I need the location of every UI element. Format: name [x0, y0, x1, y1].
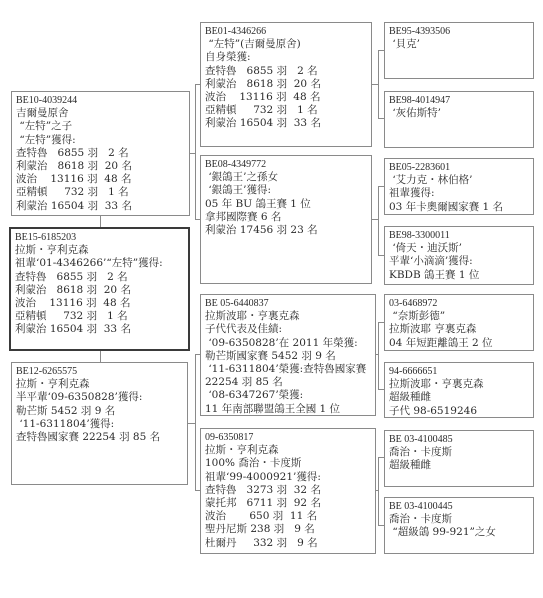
- pedigree-box-sire-dam: BE08-4349772 ‘銀鴿王’之孫女 ‘銀鴿王’獲得: 05 年 BU 鴿…: [200, 155, 372, 284]
- info-line: 喬治・卡度斯: [389, 446, 529, 459]
- pedigree-box-dam: BE12-6265575 拉斯・亨利克森 半平輩‘09-6350828’獲得: …: [11, 362, 188, 485]
- ring-number: BE10-4039244: [16, 94, 185, 107]
- result-line: 查特魯 6855 羽 2 名: [15, 271, 184, 284]
- info-line: 平輩‘小滴滴’獲得:: [389, 255, 529, 268]
- result-line: 拿邦國際賽 6 名: [205, 211, 367, 224]
- info-line: 拉斯・亨利克森: [16, 378, 183, 391]
- info-line: ‘11-6311804’榮獲:查特魯國家賽: [205, 363, 371, 376]
- result-line: 亞精頓 732 羽 1 名: [15, 310, 184, 323]
- info-line: 超級種雌: [389, 459, 529, 472]
- pedigree-box-ggp-3: BE05-2283601 ‘艾力克・林伯格’ 祖輩獲得: 03 年卡奧爾國家賽 …: [384, 158, 534, 215]
- result-line: 22254 羽 85 名: [205, 376, 371, 389]
- ring-number: BE98-4014947: [389, 94, 529, 107]
- connector-dam-out: [187, 423, 195, 424]
- connector-dd-branch: [378, 457, 379, 526]
- result-line: 蒙托邦 6711 羽 92 名: [205, 497, 371, 510]
- info-line: ‘艾力克・林伯格’: [389, 174, 529, 187]
- info-line: ‘08-6347267’榮獲:: [205, 389, 371, 402]
- result-line: 波治 13116 羽 48 名: [205, 91, 367, 104]
- result-line: 勒芒斯 5452 羽 9 名: [16, 405, 183, 418]
- result-line: 杜爾丹 332 羽 9 名: [205, 537, 371, 550]
- ring-number: 94-6666651: [389, 365, 529, 378]
- ring-number: 03-6468972: [389, 297, 529, 310]
- info-line: 祖輩‘99-4000921’獲得:: [205, 471, 371, 484]
- result-line: 利蒙治 16504 羽 33 名: [205, 117, 367, 130]
- info-line: 喬治・卡度斯: [389, 513, 529, 526]
- info-line: 祖輩獲得:: [389, 187, 529, 200]
- ring-number: BE 05-6440837: [205, 297, 371, 310]
- info-line: 超級種雌: [389, 391, 529, 404]
- pedigree-box-ggp-7: BE 03-4100485 喬治・卡度斯 超級種雌: [384, 430, 534, 487]
- result-line: 11 年南部聯盟鴿王全國 1 位: [205, 403, 371, 416]
- result-line: 利蒙治 16504 羽 33 名: [16, 200, 185, 213]
- result-line: 聖丹尼斯 238 羽 9 名: [205, 523, 371, 536]
- result-line: 利蒙治 8618 羽 20 名: [15, 284, 184, 297]
- result-line: 波治 650 羽 11 名: [205, 510, 371, 523]
- pedigree-box-dam-dam: 09-6350817 拉斯・亨利克森 100% 喬治・卡度斯 祖輩‘99-400…: [200, 428, 376, 554]
- pedigree-box-sire-sire: BE01-4346266 “左特”(吉爾曼原舍) 自身榮獲: 查特魯 6855 …: [200, 22, 372, 147]
- info-line: 子代代表及佳績:: [205, 323, 371, 336]
- ring-number: BE98-3300011: [389, 229, 529, 242]
- result-line: 利蒙治 17456 羽 23 名: [205, 224, 367, 237]
- result-line: 查特魯 6855 羽 2 名: [16, 147, 185, 160]
- result-line: 查特魯 6855 羽 2 名: [205, 65, 367, 78]
- info-line: “奈斯彭德”: [389, 310, 529, 323]
- info-line: “左特”(吉爾曼原舍): [205, 38, 367, 51]
- info-line: 拉斯・亨利克森: [205, 444, 371, 457]
- info-line: ‘11-6311804’獲得:: [16, 418, 183, 431]
- ring-number: BE95-4393506: [389, 25, 529, 38]
- info-line: ‘銀鴿王’獲得:: [205, 184, 367, 197]
- pedigree-box-ggp-5: 03-6468972 “奈斯彭德” 拉斯波耶 亨裏克森 04 年短距離鴿王 2 …: [384, 294, 534, 351]
- result-line: 亞精頓 732 羽 1 名: [205, 104, 367, 117]
- connector-subject-parents: [100, 216, 101, 227]
- ring-number: 09-6350817: [205, 431, 371, 444]
- connector-ss-branch: [378, 50, 379, 119]
- result-line: 利蒙治 8618 羽 20 名: [16, 160, 185, 173]
- ring-number: BE 03-4100445: [389, 500, 529, 513]
- info-line: 拉斯波耶・亨裏克森: [389, 378, 529, 391]
- info-line: “左特”獲得:: [16, 134, 185, 147]
- pedigree-box-ggp-8: BE 03-4100445 喬治・卡度斯 “超級鴿 99-921”之女: [384, 497, 534, 554]
- info-line: “左特”之子: [16, 120, 185, 133]
- info-line: ‘倚天・迪沃斯’: [389, 242, 529, 255]
- pedigree-box-sire: BE10-4039244 吉爾曼原舍 “左特”之子 “左特”獲得: 查特魯 68…: [11, 91, 190, 216]
- info-line: ‘09-6350828’在 2011 年榮獲:: [205, 337, 371, 350]
- pedigree-box-ggp-4: BE98-3300011 ‘倚天・迪沃斯’ 平輩‘小滴滴’獲得: KBDB 鴿王…: [384, 226, 534, 285]
- pedigree-box-subject: BE15-6185203 拉斯・亨利克森 祖輩‘01-4346266’“左特”獲…: [9, 227, 190, 351]
- info-line: 半平輩‘09-6350828’獲得:: [16, 391, 183, 404]
- connector-subject-dam: [100, 350, 101, 362]
- info-line: 100% 喬治・卡度斯: [205, 457, 371, 470]
- info-line: 拉斯・亨利克森: [15, 244, 184, 257]
- info-line: ‘貝克’: [389, 38, 529, 51]
- info-line: 祖輩‘01-4346266’“左特”獲得:: [15, 257, 184, 270]
- result-line: 亞精頓 732 羽 1 名: [16, 186, 185, 199]
- pedigree-box-ggp-1: BE95-4393506 ‘貝克’: [384, 22, 534, 79]
- pedigree-box-dam-sire: BE 05-6440837 拉斯波耶・亨裏克森 子代代表及佳績: ‘09-635…: [200, 294, 376, 416]
- result-line: 03 年卡奧爾國家賽 1 名: [389, 201, 529, 214]
- result-line: KBDB 鴿王賽 1 位: [389, 269, 529, 282]
- result-line: 利蒙治 8618 羽 20 名: [205, 78, 367, 91]
- info-line: 子代 98-6519246: [389, 405, 529, 418]
- info-line: 自身榮獲:: [205, 51, 367, 64]
- connector-dam-branch: [195, 354, 196, 491]
- connector-sire-branch: [195, 84, 196, 220]
- pedigree-box-ggp-6: 94-6666651 拉斯波耶・亨裏克森 超級種雌 子代 98-6519246: [384, 362, 534, 418]
- connector-sd-branch: [378, 186, 379, 256]
- result-line: 查特魯 3273 羽 32 名: [205, 484, 371, 497]
- info-line: 拉斯波耶 亨裏克森: [389, 323, 529, 336]
- result-line: 波治 13116 羽 48 名: [15, 297, 184, 310]
- result-line: 波治 13116 羽 48 名: [16, 173, 185, 186]
- ring-number: BE05-2283601: [389, 161, 529, 174]
- result-line: 查特魯國家賽 22254 羽 85 名: [16, 431, 183, 444]
- ring-number: BE12-6265575: [16, 365, 183, 378]
- ring-number: BE01-4346266: [205, 25, 367, 38]
- ring-number: BE08-4349772: [205, 158, 367, 171]
- result-line: 勒芒斯國家賽 5452 羽 9 名: [205, 350, 371, 363]
- result-line: 04 年短距離鴿王 2 位: [389, 337, 529, 350]
- info-line: ‘銀鴿王’之孫女: [205, 171, 367, 184]
- result-line: 利蒙治 16504 羽 33 名: [15, 323, 184, 336]
- info-line: “超級鴿 99-921”之女: [389, 526, 529, 539]
- connector-ds-branch: [378, 322, 379, 390]
- pedigree-box-ggp-2: BE98-4014947 ‘灰佑斯特’: [384, 91, 534, 148]
- result-line: 05 年 BU 鴿王賽 1 位: [205, 198, 367, 211]
- info-line: 拉斯波耶・亨裏克森: [205, 310, 371, 323]
- ring-number: BE15-6185203: [15, 231, 184, 244]
- info-line: ‘灰佑斯特’: [389, 107, 529, 120]
- info-line: 吉爾曼原舍: [16, 107, 185, 120]
- ring-number: BE 03-4100485: [389, 433, 529, 446]
